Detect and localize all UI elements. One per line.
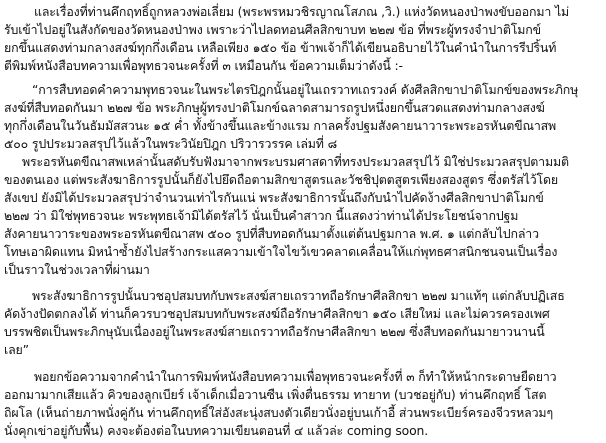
text-line: ตีพิมพ์หนังสือบทความเพื่อพุทธวจนะครั้งที… <box>4 57 403 75</box>
text-line: นั่งคุกเข่าอยู่กับพื้น) คงจะต้องต่อในบทค… <box>4 422 428 440</box>
text-line: ยกขึ้นแสดงท่ามกลางสงฆ์ทุกกึ่งเดือน เหลือ… <box>4 39 556 57</box>
text-line: พระอรหันตขีณาสพเหล่านั้นสดับรับฟังมาจากพ… <box>22 153 569 171</box>
text-line: คัดง้างปัดตกลงได้ ท่านก็ควรบวชอุปสมบทกับ… <box>4 305 550 323</box>
text-line: รับเข้าไปอยู่ในสังกัดของวัดหนองป่าพง เพร… <box>4 21 541 39</box>
text-line: ๒๒๗ ว่า มิใช่พุทธวจนะ พระพุทธเจ้ามิได้ตร… <box>4 207 518 225</box>
text-line: และเรื่องที่ท่านคึกฤทธิ์ถูกหลวงพ่อเลี่ยม… <box>34 3 569 21</box>
text-line: เลย” <box>4 341 29 359</box>
text-line: พอยกข้อความจากคำนำในการพิมพ์หนังสือบทควา… <box>34 368 556 386</box>
text-line: ออกมามากเสียแล้ว คิวของลูกเบียร์ เจ้าเด็… <box>4 386 546 404</box>
text-line: พระสังฆาธิการรูปนั้นบวชอุปสมบทกับพระสงฆ์… <box>32 287 565 305</box>
text-line: บรรพชิตเป็นพระภิกษุนับเนื่องอยู่ในพระสงฆ… <box>4 323 545 341</box>
text-line: โทษเอาผิดแทน มิหนำซ้ำยังไปสร้างกระแสความ… <box>4 243 557 261</box>
text-line: สังเขป ยังมิได้ประมวลสรุปว่าจำนวนเท่าไรก… <box>4 189 544 207</box>
text-line: ๕๐๐ รูปประมวลสรุปไว้แล้วในพระวินัยปิฎก ป… <box>4 135 337 153</box>
text-line: สงฆ์ที่สืบทอดกันมา ๒๒๗ ข้อ พระภิกษุผู้ทร… <box>4 99 545 117</box>
text-line: ถิผโล (เห็นถ่ายภาพนั่งคู่กัน ท่านคึกฤทธิ… <box>4 404 553 422</box>
text-line: ทุกกึ่งเดือนในวันธัมมัสสวนะ ๑๕ ค่ำ ทั้งข… <box>4 117 556 135</box>
text-line: “การสืบทอดคำความพุทธวจนะในพระไตรปิฎกนั้น… <box>32 81 578 99</box>
text-line: ของตนเอง แต่พระสังฆาธิการรูปนั้นก็ยังไปย… <box>4 171 558 189</box>
text-line: เป็นราวในช่วงเวลาที่ผ่านมา <box>4 261 150 279</box>
text-line: สังคายนาวาระของพระอรหันตขีณาสพ ๕๐๐ รูปที… <box>4 225 539 243</box>
